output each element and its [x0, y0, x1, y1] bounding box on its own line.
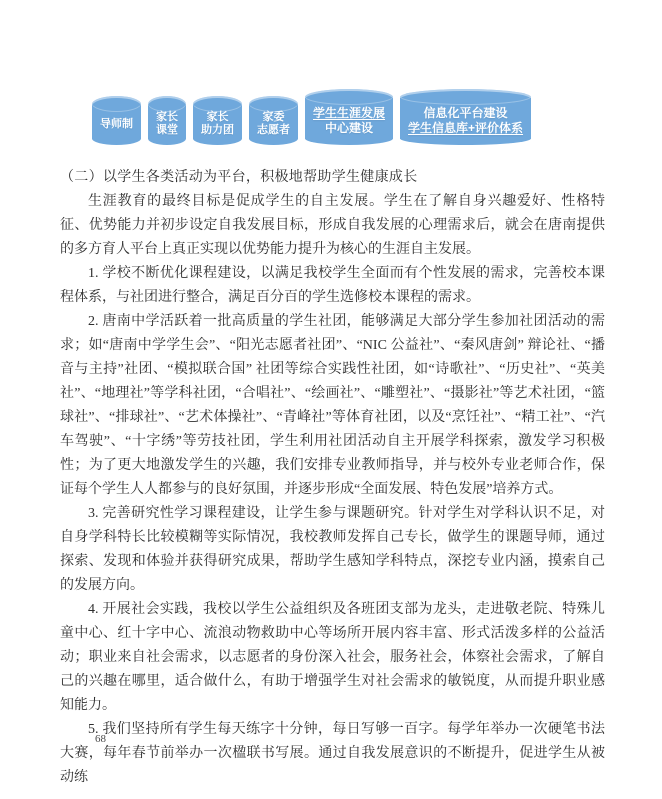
cylinder-label: 信息化平台建设学生信息库+评价体系 — [408, 106, 523, 136]
platform-cylinder-diagram: 导师制家长课堂家长助力团家委志愿者学生生涯发展中心建设信息化平台建设学生信息库+… — [92, 97, 531, 139]
cylinder-label: 家长课堂 — [156, 111, 178, 137]
cylinder-label: 学生生涯发展中心建设 — [313, 106, 385, 136]
section-heading: （二）以学生各类活动为平台，积极地帮助学生健康成长 — [60, 166, 605, 190]
platform-cylinder: 学生生涯发展中心建设 — [305, 97, 393, 139]
cylinder-label: 家长助力团 — [201, 111, 234, 137]
body-paragraph: 1. 学校不断优化课程建设，以满足我校学生全面而有个性发展的需求，完善校本课程体… — [60, 262, 605, 310]
page-number: 68 — [95, 733, 106, 745]
platform-cylinder: 家长课堂 — [148, 104, 186, 139]
body-paragraph: 生涯教育的最终目标是促成学生的自主发展。学生在了解自身兴趣爱好、性格特征、优势能… — [60, 190, 605, 262]
platform-cylinder: 导师制 — [92, 104, 141, 139]
cylinder-label: 家委志愿者 — [257, 111, 290, 137]
body-paragraph: 4. 开展社会实践，我校以学生公益组织及各班团支部为龙头，走进敬老院、特殊儿童中… — [60, 598, 605, 718]
body-paragraph: 2. 唐南中学活跃着一批高质量的学生社团，能够满足大部分学生参加社团活动的需求；… — [60, 310, 605, 502]
body-paragraph: 5. 我们坚持所有学生每天练字十分钟，每日写够一百字。每学年举办一次硬笔书法大赛… — [60, 718, 605, 790]
cylinder-label: 导师制 — [100, 118, 133, 131]
document-body: 生涯教育的最终目标是促成学生的自主发展。学生在了解自身兴趣爱好、性格特征、优势能… — [60, 190, 605, 790]
platform-cylinder: 家长助力团 — [193, 104, 242, 139]
body-paragraph: 3. 完善研究性学习课程建设，让学生参与课题研究。针对学生对学科认识不足，对自身… — [60, 502, 605, 598]
platform-cylinder: 家委志愿者 — [249, 104, 298, 139]
platform-cylinder: 信息化平台建设学生信息库+评价体系 — [400, 97, 531, 139]
